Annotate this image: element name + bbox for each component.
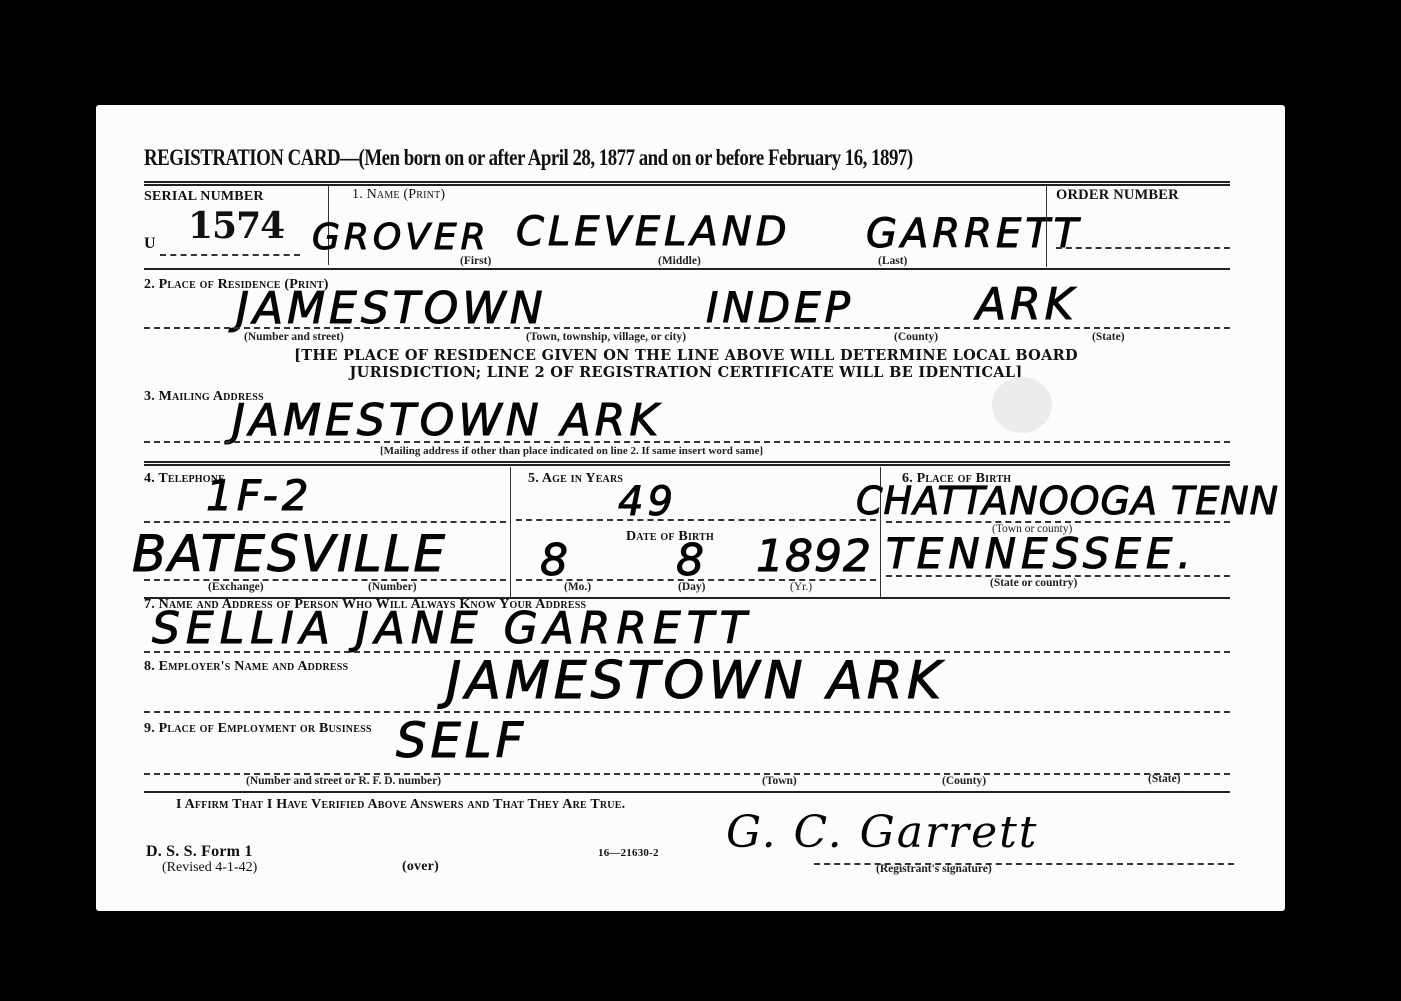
serial-number-label: SERIAL NUMBER: [144, 189, 264, 205]
over-note: (over): [402, 859, 439, 875]
age-line: [516, 519, 876, 521]
caption-state: (State): [1092, 331, 1125, 343]
residence-state: ARK: [976, 279, 1078, 330]
caption-day: (Day): [678, 581, 705, 593]
print-code: 16—21630-2: [598, 847, 659, 859]
contact-person-value: SELLIA JANE GARRETT: [152, 603, 753, 654]
telephone-number: 1F-2: [206, 471, 312, 520]
caption-year: (Yr.): [790, 581, 812, 593]
caption-first: (First): [460, 255, 491, 267]
caption-last: (Last): [878, 255, 907, 267]
age-label: 5. Age in Years: [528, 471, 623, 487]
caption-exchange: (Exchange): [208, 581, 264, 593]
telephone-exchange: BATESVILLE: [132, 525, 447, 583]
caption-number: (Number): [368, 581, 417, 593]
birthplace-state: TENNESSEE.: [886, 529, 1196, 578]
employment-place-label: 9. Place of Employment or Business: [144, 721, 372, 737]
mailing-line: [144, 441, 1230, 443]
caption-month: (Mo.): [564, 581, 591, 593]
caption-emp-town: (Town): [762, 775, 797, 787]
row-rule: [144, 791, 1230, 793]
affirmation-text: I Affirm That I Have Verified Above Answ…: [176, 797, 625, 813]
order-number-label: ORDER NUMBER: [1056, 187, 1179, 204]
employer-value: JAMESTOWN ARK: [446, 651, 945, 711]
order-number-field[interactable]: [1056, 247, 1230, 249]
employer-line: [144, 711, 1230, 713]
serial-prefix: U: [144, 235, 156, 253]
registrant-signature: G. C. Garrett: [726, 807, 1038, 858]
row-rule: [144, 268, 1230, 270]
residence-notice-line1: [THE PLACE OF RESIDENCE GIVEN ON THE LIN…: [206, 347, 1166, 364]
card-title: REGISTRATION CARD—(Men born on or after …: [144, 145, 913, 171]
dob-year: 1892: [756, 531, 872, 582]
form-revised: (Revised 4-1-42): [162, 860, 257, 876]
name-label: 1. Name (Print): [352, 187, 445, 203]
faint-stain: [992, 377, 1052, 433]
title-rule: [144, 181, 1230, 186]
signature-caption: (Registrant's signature): [876, 863, 992, 875]
serial-line: [160, 254, 300, 256]
employer-label: 8. Employer's Name and Address: [144, 659, 348, 675]
telephone-line: [144, 521, 506, 523]
registration-card: REGISTRATION CARD—(Men born on or after …: [96, 105, 1285, 911]
caption-birth-state: (State or country): [990, 577, 1077, 589]
name-last: GARRETT: [866, 211, 1082, 257]
exchange-line: [144, 579, 506, 581]
name-first: GROVER: [312, 217, 490, 258]
caption-street: (Number and street): [244, 331, 344, 343]
caption-county: (County): [894, 331, 938, 343]
divider: [510, 467, 511, 597]
caption-town: (Town, township, village, or city): [526, 331, 686, 343]
caption-emp-state: (State): [1148, 773, 1181, 785]
name-middle: CLEVELAND: [516, 209, 791, 255]
caption-rfd: (Number and street or R. F. D. number): [246, 775, 441, 787]
row-rule: [144, 461, 1230, 466]
serial-number-value: 1574: [188, 205, 284, 247]
mailing-address-value: JAMESTOWN ARK: [232, 395, 662, 446]
employment-place-value: SELF: [396, 713, 527, 769]
form-name: D. S. S. Form 1: [146, 843, 253, 861]
divider: [1046, 185, 1047, 267]
caption-emp-county: (County): [942, 775, 986, 787]
mailing-caption: [Mailing address if other than place ind…: [380, 445, 763, 457]
residence-line: [144, 327, 1230, 329]
caption-middle: (Middle): [658, 255, 701, 267]
residence-county: INDEP: [706, 283, 854, 332]
birthplace-town: CHATTANOOGA TENN: [856, 479, 1279, 523]
